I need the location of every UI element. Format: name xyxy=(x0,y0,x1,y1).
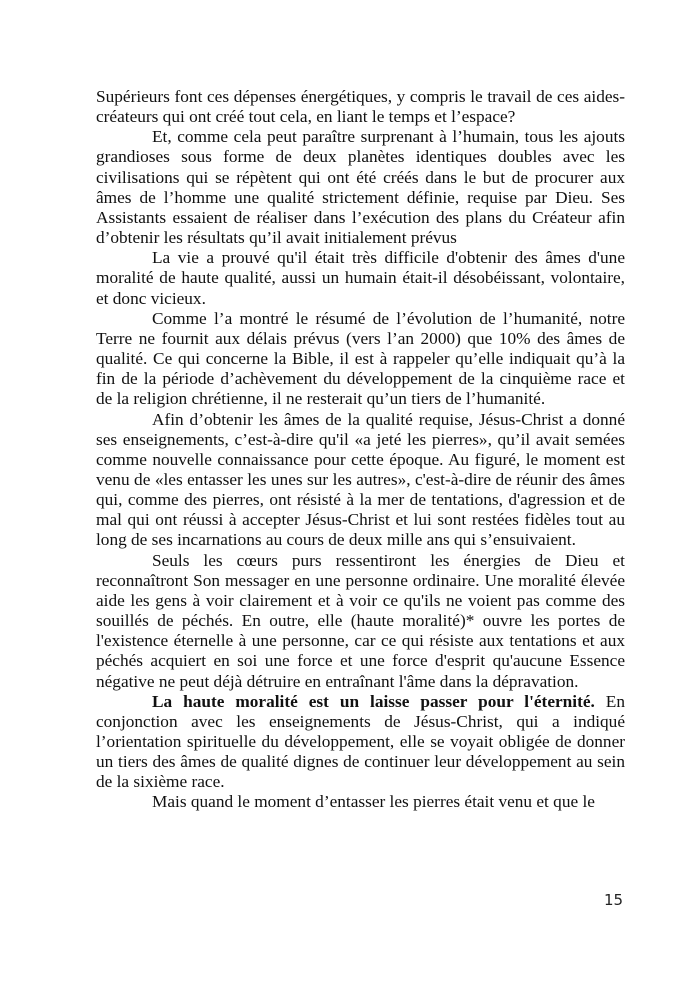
bold-statement: La haute moralité est un laisse passer p… xyxy=(152,692,595,711)
paragraph: Afin d’obtenir les âmes de la qualité re… xyxy=(96,410,625,551)
paragraph-with-bold-lead: La haute moralité est un laisse passer p… xyxy=(96,692,625,793)
document-page: Supérieurs font ces dépenses énergétique… xyxy=(0,0,700,993)
page-number: 15 xyxy=(604,891,623,909)
paragraph: Comme l’a montré le résumé de l’évolutio… xyxy=(96,309,625,410)
paragraph: Et, comme cela peut paraître surprenant … xyxy=(96,127,625,248)
paragraph: Supérieurs font ces dépenses énergétique… xyxy=(96,87,625,127)
paragraph: La vie a prouvé qu'il était très diffici… xyxy=(96,248,625,308)
paragraph: Mais quand le moment d’entasser les pier… xyxy=(96,792,625,812)
body-text: Supérieurs font ces dépenses énergétique… xyxy=(96,87,625,813)
paragraph: Seuls les cœurs purs ressentiront les én… xyxy=(96,551,625,692)
